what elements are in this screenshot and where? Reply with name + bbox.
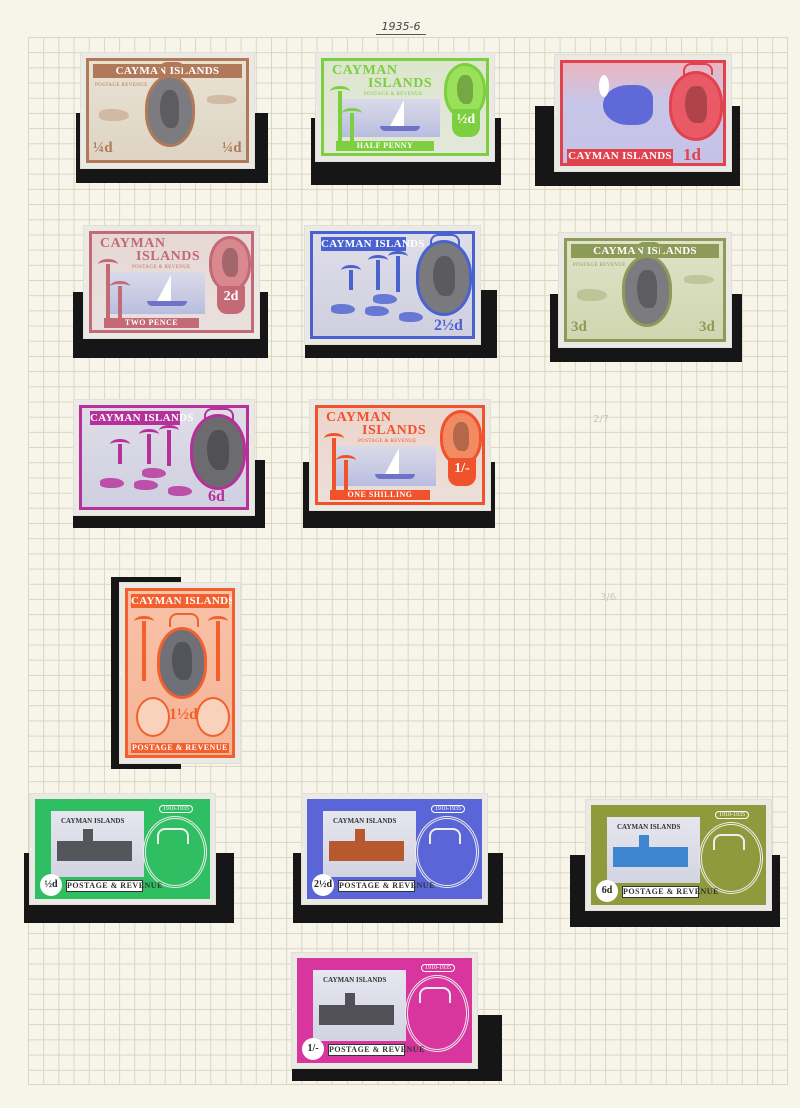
king-portrait-icon xyxy=(143,816,207,888)
crown-icon xyxy=(636,242,662,256)
boat-hull xyxy=(375,474,415,479)
turtle-icon xyxy=(168,486,192,496)
country-label: CAYMAN ISLANDS xyxy=(61,817,124,825)
stamp-frame: CAYMANISLANDSPOSTAGE & REVENUE½dHALF PEN… xyxy=(321,58,489,156)
country-label: CAYMAN ISLANDS xyxy=(90,411,180,425)
stamp-subtitle: POSTAGE & REVENUE xyxy=(358,439,417,444)
stamp-subtitle: POSTAGE REVENUE xyxy=(573,263,626,268)
stamp-six-pence[interactable]: CAYMAN ISLANDS6d xyxy=(74,400,254,515)
postage-revenue-label: POSTAGE & REVENUE xyxy=(328,1044,405,1056)
king-portrait-icon xyxy=(157,627,207,699)
king-portrait-icon xyxy=(209,236,251,292)
country-label: CAYMAN ISLANDS xyxy=(321,237,406,251)
palm-tree-icon xyxy=(216,621,220,681)
value-label: 6d xyxy=(596,880,618,902)
boat-hull xyxy=(147,301,187,306)
palm-tree-icon xyxy=(332,438,336,494)
stamp-frame: CAYMAN ISLANDS1910-19352½dPOSTAGE & REVE… xyxy=(307,799,482,899)
windsor-castle-icon xyxy=(329,841,404,861)
value-words: ONE SHILLING xyxy=(330,490,430,500)
stamp-jubilee-one-shilling[interactable]: CAYMAN ISLANDS1910-19351/-POSTAGE & REVE… xyxy=(292,953,477,1068)
stamp-jubilee-six-pence[interactable]: CAYMAN ISLANDS1910-19356dPOSTAGE & REVEN… xyxy=(586,800,771,910)
turtle-icon xyxy=(331,304,355,314)
castle-scene: CAYMAN ISLANDS xyxy=(606,816,701,884)
value-label: 1/- xyxy=(448,458,476,486)
stamp-frame: CAYMANISLANDSPOSTAGE & REVENUE1/-ONE SHI… xyxy=(315,405,485,505)
stamp-frame: CAYMAN ISLANDS1910-19351/-POSTAGE & REVE… xyxy=(297,958,472,1063)
value-words: HALF PENNY xyxy=(336,141,434,151)
king-portrait-icon xyxy=(622,255,672,327)
palm-tree-icon xyxy=(147,434,151,464)
stamp-jubilee-two-half-pence[interactable]: CAYMAN ISLANDS1910-19352½dPOSTAGE & REVE… xyxy=(302,794,487,904)
stamp-frame: CAYMAN ISLANDSPOSTAGE REVENUE¼d¼d xyxy=(86,58,249,163)
king-portrait-icon xyxy=(416,240,472,316)
king-portrait-icon xyxy=(699,822,763,894)
value-label: 6d xyxy=(208,489,225,505)
map-island-icon xyxy=(207,95,237,104)
windsor-castle-icon xyxy=(319,1005,394,1025)
king-portrait-icon xyxy=(415,816,479,888)
stamp-one-shilling[interactable]: CAYMANISLANDSPOSTAGE & REVENUE1/-ONE SHI… xyxy=(310,400,490,510)
value-label: 1/- xyxy=(302,1038,324,1060)
stamp-subtitle: POSTAGE & REVENUE xyxy=(364,92,423,97)
stamp-half-penny[interactable]: CAYMANISLANDSPOSTAGE & REVENUE½dHALF PEN… xyxy=(316,53,494,161)
crown-icon xyxy=(683,63,713,75)
windsor-castle-icon xyxy=(57,841,132,861)
sailboat-icon xyxy=(385,448,399,474)
crown-icon xyxy=(430,234,460,246)
turtle-icon xyxy=(100,478,124,488)
page-heading: 1935-6 xyxy=(376,20,426,35)
value-label: 2½d xyxy=(434,318,463,334)
value-label: 2d xyxy=(217,286,245,314)
value-label: 1d xyxy=(683,147,701,163)
conch-shell-icon xyxy=(196,697,230,737)
sailboat-icon xyxy=(390,100,404,126)
castle-scene: CAYMAN ISLANDS xyxy=(312,969,407,1042)
palm-tree-icon xyxy=(106,264,110,322)
stamp-quarter-penny[interactable]: CAYMAN ISLANDSPOSTAGE REVENUE¼d¼d xyxy=(81,53,254,168)
castle-scene: CAYMAN ISLANDS xyxy=(50,810,145,878)
map-island-icon xyxy=(99,109,129,121)
sailboat-icon xyxy=(157,275,171,301)
crown-icon xyxy=(713,834,745,850)
postage-revenue-label: POSTAGE & REVENUE xyxy=(622,886,699,898)
country-label: CAYMAN ISLANDS xyxy=(131,594,229,608)
palm-tree-icon xyxy=(118,286,122,322)
stamp-frame: CAYMAN ISLANDS1910-19356dPOSTAGE & REVEN… xyxy=(591,805,766,905)
country-label: CAYMAN ISLANDS xyxy=(567,149,673,163)
crown-icon xyxy=(159,62,185,76)
palm-tree-icon xyxy=(167,430,171,466)
turtle-icon xyxy=(365,306,389,316)
stamp-jubilee-half-penny[interactable]: CAYMAN ISLANDS1910-1935½dPOSTAGE & REVEN… xyxy=(30,794,215,904)
stamp-subtitle: POSTAGE & REVENUE xyxy=(132,265,191,270)
stamp-frame: CAYMAN ISLANDSPOSTAGE REVENUE3d3d xyxy=(564,238,726,342)
postage-revenue-label: POSTAGE & REVENUE xyxy=(131,743,229,753)
stamp-one-half-pence[interactable]: CAYMAN ISLANDS1½dPOSTAGE & REVENUE xyxy=(120,583,240,763)
castle-scene: CAYMAN ISLANDS xyxy=(322,810,417,878)
album-grid xyxy=(28,37,788,1085)
value-label: 1½d xyxy=(169,707,198,723)
value-label: 2½d xyxy=(312,874,334,896)
value-label: ½d xyxy=(452,109,480,137)
value-left: ¼d xyxy=(93,140,113,156)
palm-tree-icon xyxy=(349,270,353,290)
palm-tree-icon xyxy=(376,260,380,290)
stamp-two-half-pence[interactable]: CAYMAN ISLANDS2½d xyxy=(305,226,480,344)
country-label-bottom: ISLANDS xyxy=(136,250,200,264)
jubilee-dates: 1910-1935 xyxy=(431,805,465,813)
stamp-frame: CAYMANISLANDSPOSTAGE & REVENUE2dTWO PENC… xyxy=(89,231,254,333)
value-words: TWO PENCE xyxy=(104,318,199,328)
map-island-icon xyxy=(577,289,607,301)
turtle-icon xyxy=(399,312,423,322)
postage-revenue-label: POSTAGE & REVENUE xyxy=(66,880,143,892)
crown-icon xyxy=(419,987,451,1003)
pencil-note: 2/7 xyxy=(593,414,609,425)
palm-tree-icon xyxy=(396,256,400,292)
conch-shell-icon xyxy=(136,697,170,737)
king-portrait-icon xyxy=(669,71,723,141)
stamp-frame: CAYMAN ISLANDS6d xyxy=(79,405,249,510)
crown-icon xyxy=(169,613,199,627)
windsor-castle-icon xyxy=(613,847,688,867)
country-label: CAYMAN ISLANDS xyxy=(323,976,386,984)
map-island-icon xyxy=(684,275,714,284)
palm-tree-icon xyxy=(344,460,348,494)
value-right: 3d xyxy=(699,319,715,335)
turtle-icon xyxy=(373,294,397,304)
postage-revenue-label: POSTAGE & REVENUE xyxy=(338,880,415,892)
crown-icon xyxy=(429,828,461,844)
palm-tree-icon xyxy=(338,91,342,145)
stamp-frame: CAYMAN ISLANDS2½d xyxy=(310,231,475,339)
booby-bird-icon xyxy=(603,85,653,125)
value-left: 3d xyxy=(571,319,587,335)
palm-tree-icon xyxy=(142,621,146,681)
stamp-two-pence[interactable]: CAYMANISLANDSPOSTAGE & REVENUE2dTWO PENC… xyxy=(84,226,259,338)
bird-head xyxy=(599,75,609,97)
king-portrait-icon xyxy=(190,414,246,490)
jubilee-dates: 1910-1935 xyxy=(159,805,193,813)
crown-icon xyxy=(157,828,189,844)
country-label-bottom: ISLANDS xyxy=(368,77,432,91)
value-label: ½d xyxy=(40,874,62,896)
stamp-subtitle: POSTAGE REVENUE xyxy=(95,83,148,88)
palm-tree-icon xyxy=(118,444,122,464)
country-label-bottom: ISLANDS xyxy=(362,424,426,438)
stamp-one-penny[interactable]: CAYMAN ISLANDS1d xyxy=(555,55,731,171)
jubilee-dates: 1910-1935 xyxy=(715,811,749,819)
pencil-note: 3/6 xyxy=(600,592,616,603)
crown-icon xyxy=(204,408,234,420)
country-label: CAYMAN ISLANDS xyxy=(617,823,680,831)
stamp-frame: CAYMAN ISLANDS1d xyxy=(560,60,726,166)
king-portrait-icon xyxy=(145,75,195,147)
turtle-icon xyxy=(134,480,158,490)
country-label: CAYMAN ISLANDS xyxy=(333,817,396,825)
boat-hull xyxy=(380,126,420,131)
stamp-frame: CAYMAN ISLANDS1½dPOSTAGE & REVENUE xyxy=(125,588,235,758)
jubilee-dates: 1910-1935 xyxy=(421,964,455,972)
stamp-frame: CAYMAN ISLANDS1910-1935½dPOSTAGE & REVEN… xyxy=(35,799,210,899)
value-right: ¼d xyxy=(222,140,242,156)
stamp-three-pence[interactable]: CAYMAN ISLANDSPOSTAGE REVENUE3d3d xyxy=(559,233,731,347)
turtle-icon xyxy=(142,468,166,478)
